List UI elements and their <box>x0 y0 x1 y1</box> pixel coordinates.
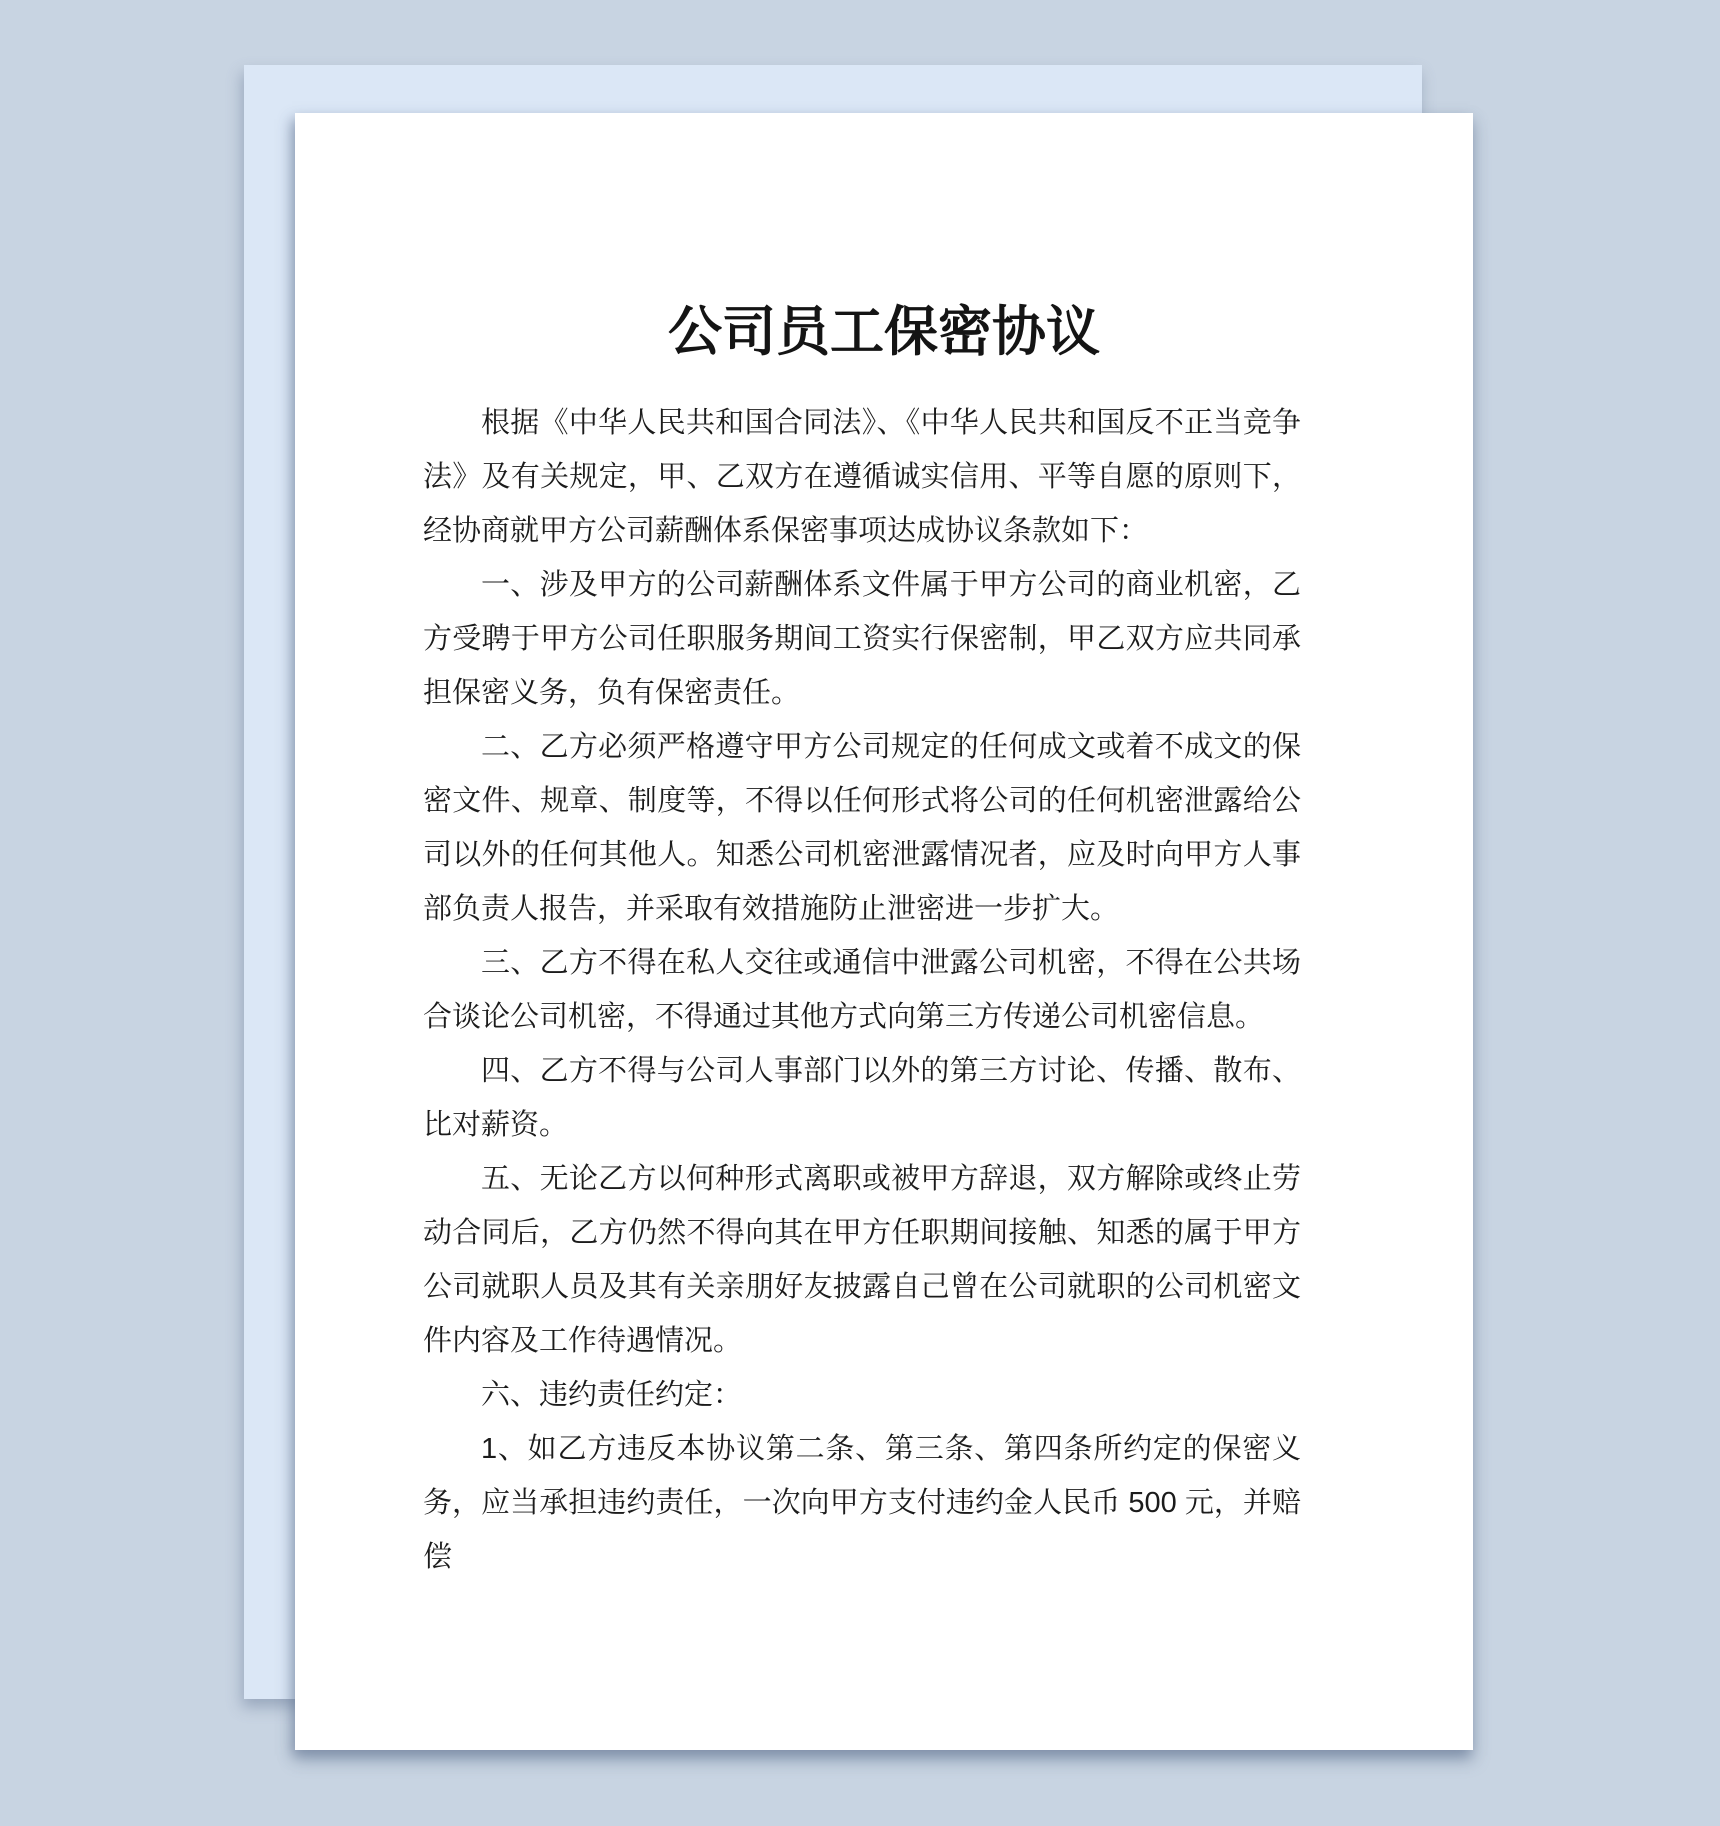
document-body: 根据《中华人民共和国合同法》、《中华人民共和国反不正当竞争法》及有关规定，甲、乙… <box>423 396 1301 1584</box>
paragraph-intro: 根据《中华人民共和国合同法》、《中华人民共和国反不正当竞争法》及有关规定，甲、乙… <box>423 396 1301 558</box>
document-title: 公司员工保密协议 <box>295 296 1473 368</box>
paragraph-clause-1: 一、涉及甲方的公司薪酬体系文件属于甲方公司的商业机密，乙方受聘于甲方公司任职服务… <box>423 558 1301 720</box>
paragraph-clause-5: 五、无论乙方以何种形式离职或被甲方辞退，双方解除或终止劳动合同后，乙方仍然不得向… <box>423 1152 1301 1368</box>
paragraph-clause-4: 四、乙方不得与公司人事部门以外的第三方讨论、传播、散布、比对薪资。 <box>423 1044 1301 1152</box>
paragraph-clause-2: 二、乙方必须严格遵守甲方公司规定的任何成文或着不成文的保密文件、规章、制度等，不… <box>423 720 1301 936</box>
document-page: 公司员工保密协议 根据《中华人民共和国合同法》、《中华人民共和国反不正当竞争法》… <box>295 113 1473 1750</box>
paragraph-clause-6: 六、违约责任约定： <box>423 1368 1301 1422</box>
paragraph-penalty-1: 1、如乙方违反本协议第二条、第三条、第四条所约定的保密义务，应当承担违约责任，一… <box>423 1422 1301 1584</box>
paragraph-clause-3: 三、乙方不得在私人交往或通信中泄露公司机密，不得在公共场合谈论公司机密，不得通过… <box>423 936 1301 1044</box>
